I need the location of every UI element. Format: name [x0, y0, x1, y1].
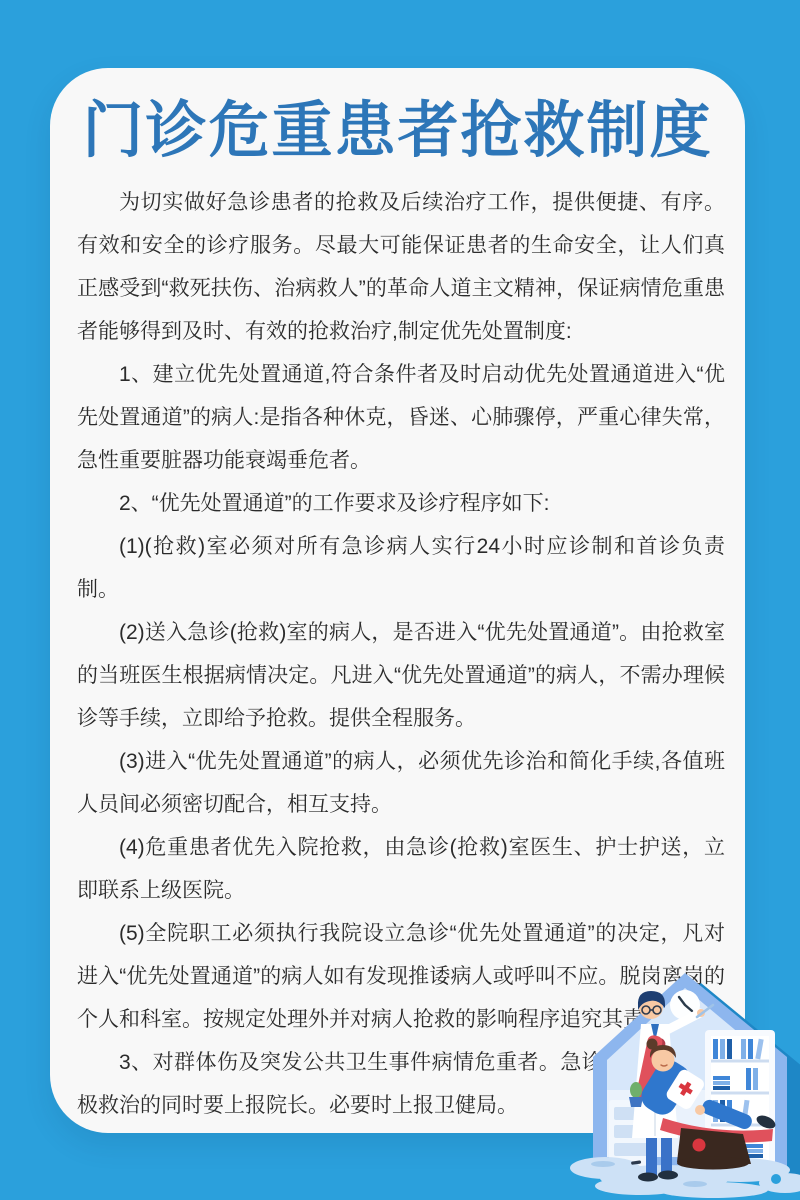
cactus-icon: [629, 1082, 643, 1107]
poster-title: 门诊危重患者抢救制度: [58, 94, 737, 167]
paragraph-intro: 为切实做好急诊患者的抢救及后续治疗工作，提供便捷、有序。有效和安全的诊疗服务。尽…: [77, 181, 725, 353]
paragraph-sub-2: (2)送入急诊(抢救)室的病人，是否进入“优先处置通道”。由抢救室的当班医生根据…: [77, 611, 725, 740]
poster-background: 门诊危重患者抢救制度 为切实做好急诊患者的抢救及后续治疗工作，提供便捷、有序。有…: [0, 0, 800, 1200]
paragraph-sub-4: (4)危重患者优先入院抢救，由急诊(抢救)室医生、护士护送，立即联系上级医院。: [77, 826, 725, 912]
paragraph-item-2: 2、“优先处置通道”的工作要求及诊疗程序如下:: [77, 482, 725, 525]
chair-pedestal: [677, 1128, 751, 1170]
paragraph-item-1: 1、建立优先处置通道,符合条件者及时启动优先处置通道进入“优先处置通道”的病人:…: [77, 353, 725, 482]
clinic-illustration: [545, 950, 800, 1200]
paragraph-sub-3: (3)进入“优先处置通道”的病人，必须优先诊治和简化手续,各值班人员间必须密切配…: [77, 740, 725, 826]
paragraph-sub-1: (1)(抢救)室必须对所有急诊病人实行24小时应诊制和首诊负责制。: [77, 525, 725, 611]
